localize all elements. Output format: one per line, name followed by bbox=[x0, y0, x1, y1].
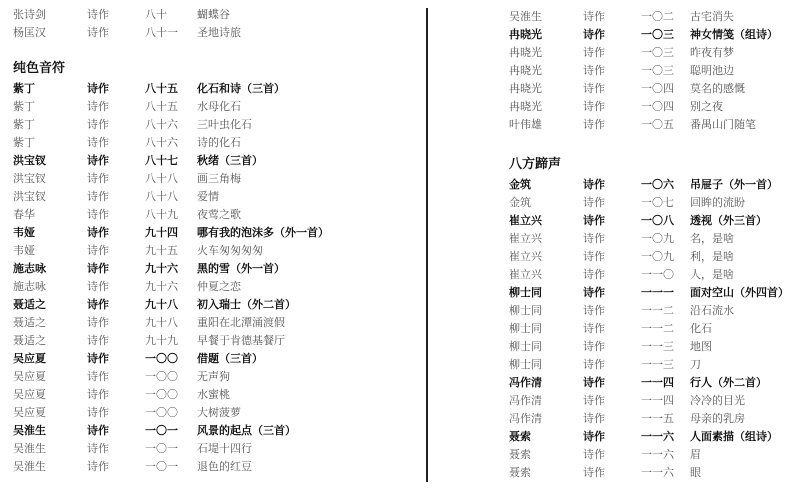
entry-page: 一〇〇 bbox=[145, 386, 178, 404]
entry-title: 沿石流水 bbox=[690, 302, 734, 320]
entry-author: 杨匡汉 bbox=[13, 24, 46, 42]
entry-author: 紫丁 bbox=[13, 116, 35, 134]
entry-title: 三叶虫化石 bbox=[197, 116, 252, 134]
entry-type: 诗作 bbox=[87, 170, 109, 188]
entry-title: 早餐于肯德基餐厅 bbox=[197, 332, 285, 350]
entry-type: 诗作 bbox=[583, 194, 605, 212]
toc-entry: 柳士同诗作一一三刀 bbox=[509, 356, 800, 374]
entry-title: 借题（三首） bbox=[197, 350, 263, 368]
entry-title: 化石和诗（三首） bbox=[197, 80, 285, 98]
entry-page: 八十八 bbox=[145, 170, 178, 188]
entry-type: 诗作 bbox=[583, 356, 605, 374]
toc-entry: 冯作清诗作一一四行人（外二首） bbox=[509, 374, 800, 392]
entry-type: 诗作 bbox=[87, 314, 109, 332]
entry-page: 九十六 bbox=[145, 260, 178, 278]
entry-type: 诗作 bbox=[583, 80, 605, 98]
entry-page: 一〇五 bbox=[641, 116, 674, 134]
entry-type: 诗作 bbox=[87, 152, 109, 170]
entry-type: 诗作 bbox=[583, 464, 605, 482]
toc-entry: 柳士同诗作一一二沿石流水 bbox=[509, 302, 800, 320]
entry-title: 蝴蝶谷 bbox=[197, 6, 230, 24]
entry-type: 诗作 bbox=[583, 62, 605, 80]
toc-entry: 冉晓光诗作一〇三神女情笺（组诗） bbox=[509, 26, 800, 44]
entry-title: 刀 bbox=[690, 356, 701, 374]
entry-type: 诗作 bbox=[583, 338, 605, 356]
spacer bbox=[13, 42, 413, 58]
entry-author: 叶伟雄 bbox=[509, 116, 542, 134]
entry-title: 无声狗 bbox=[197, 368, 230, 386]
entry-page: 八十八 bbox=[145, 188, 178, 206]
entry-type: 诗作 bbox=[583, 392, 605, 410]
entry-type: 诗作 bbox=[87, 188, 109, 206]
entry-title: 番禺山门随笔 bbox=[690, 116, 756, 134]
left-section-rows: 紫丁诗作八十五化石和诗（三首）紫丁诗作八十五水母化石紫丁诗作八十六三叶虫化石紫丁… bbox=[13, 80, 413, 476]
entry-page: 一一四 bbox=[641, 374, 674, 392]
entry-type: 诗作 bbox=[87, 24, 109, 42]
entry-type: 诗作 bbox=[583, 284, 605, 302]
toc-entry: 紫丁诗作八十六三叶虫化石 bbox=[13, 116, 413, 134]
entry-page: 九十六 bbox=[145, 278, 178, 296]
entry-author: 吴淮生 bbox=[13, 458, 46, 476]
entry-type: 诗作 bbox=[87, 278, 109, 296]
toc-entry: 聂索诗作一一六眼 bbox=[509, 464, 800, 482]
toc-entry: 紫丁诗作八十五化石和诗（三首） bbox=[13, 80, 413, 98]
entry-author: 聂适之 bbox=[13, 314, 46, 332]
entry-type: 诗作 bbox=[87, 6, 109, 24]
entry-page: 一〇〇 bbox=[145, 404, 178, 422]
entry-author: 吴应夏 bbox=[13, 386, 46, 404]
toc-entry: 聂索诗作一一六人面素描（组诗） bbox=[509, 428, 800, 446]
entry-author: 冯作清 bbox=[509, 374, 542, 392]
entry-type: 诗作 bbox=[87, 80, 109, 98]
toc-entry: 吴淮生诗作一〇一退色的红豆 bbox=[13, 458, 413, 476]
entry-page: 一一六 bbox=[641, 464, 674, 482]
entry-title: 退色的红豆 bbox=[197, 458, 252, 476]
entry-page: 八十七 bbox=[145, 152, 178, 170]
entry-author: 柳士同 bbox=[509, 356, 542, 374]
entry-author: 崔立兴 bbox=[509, 248, 542, 266]
entry-page: 一一〇 bbox=[641, 266, 674, 284]
entry-type: 诗作 bbox=[87, 116, 109, 134]
toc-entry: 冉晓光诗作一〇三聪明池边 bbox=[509, 62, 800, 80]
toc-entry: 吴淮生诗作一〇二古宅消失 bbox=[509, 8, 800, 26]
entry-author: 崔立兴 bbox=[509, 230, 542, 248]
entry-title: 人，是啥 bbox=[690, 266, 734, 284]
toc-entry: 吴应夏诗作一〇〇水蜜桃 bbox=[13, 386, 413, 404]
entry-page: 一〇三 bbox=[641, 26, 674, 44]
entry-title: 莫名的感慨 bbox=[690, 80, 745, 98]
toc-entry: 冉晓光诗作一〇四别之夜 bbox=[509, 98, 800, 116]
entry-page: 九十八 bbox=[145, 296, 178, 314]
entry-type: 诗作 bbox=[583, 98, 605, 116]
entry-page: 八十五 bbox=[145, 98, 178, 116]
toc-entry: 洪宝钗诗作八十七秋绪（三首） bbox=[13, 152, 413, 170]
entry-title: 哪有我的泡沫多（外一首） bbox=[197, 224, 329, 242]
entry-title: 大树菠萝 bbox=[197, 404, 241, 422]
entry-author: 柳士同 bbox=[509, 320, 542, 338]
toc-entry: 春华诗作八十九夜莺之歌 bbox=[13, 206, 413, 224]
toc-entry: 冉晓光诗作一〇四莫名的感慨 bbox=[509, 80, 800, 98]
left-column: 张诗剑诗作八十蝴蝶谷杨匡汉诗作八十一圣地诗旅 纯色音符 紫丁诗作八十五化石和诗（… bbox=[13, 6, 413, 476]
entry-page: 八十九 bbox=[145, 206, 178, 224]
entry-page: 一一三 bbox=[641, 338, 674, 356]
toc-entry: 韦娅诗作九十四哪有我的泡沫多（外一首） bbox=[13, 224, 413, 242]
entry-author: 紫丁 bbox=[13, 134, 35, 152]
entry-page: 八十 bbox=[145, 6, 167, 24]
toc-entry: 紫丁诗作八十五水母化石 bbox=[13, 98, 413, 116]
entry-author: 聂索 bbox=[509, 428, 531, 446]
entry-title: 冷冷的目光 bbox=[690, 392, 745, 410]
entry-page: 一〇一 bbox=[145, 440, 178, 458]
entry-author: 聂适之 bbox=[13, 332, 46, 350]
entry-title: 风景的起点（三首） bbox=[197, 422, 296, 440]
entry-page: 九十九 bbox=[145, 332, 178, 350]
entry-page: 一一五 bbox=[641, 410, 674, 428]
entry-page: 一一二 bbox=[641, 320, 674, 338]
entry-author: 冉晓光 bbox=[509, 98, 542, 116]
entry-title: 回眸的流盼 bbox=[690, 194, 745, 212]
entry-type: 诗作 bbox=[583, 410, 605, 428]
entry-type: 诗作 bbox=[87, 98, 109, 116]
entry-title: 秋绪（三首） bbox=[197, 152, 263, 170]
entry-type: 诗作 bbox=[583, 8, 605, 26]
entry-type: 诗作 bbox=[87, 134, 109, 152]
entry-page: 九十八 bbox=[145, 314, 178, 332]
entry-author: 张诗剑 bbox=[13, 6, 46, 24]
entry-author: 聂适之 bbox=[13, 296, 46, 314]
entry-page: 一〇〇 bbox=[145, 350, 178, 368]
section-title: 纯色音符 bbox=[13, 58, 413, 80]
left-top-rows: 张诗剑诗作八十蝴蝶谷杨匡汉诗作八十一圣地诗旅 bbox=[13, 6, 413, 42]
section-title: 八方蹄声 bbox=[509, 154, 800, 176]
entry-title: 母亲的乳房 bbox=[690, 410, 745, 428]
toc-entry: 金筑诗作一〇七回眸的流盼 bbox=[509, 194, 800, 212]
entry-type: 诗作 bbox=[87, 368, 109, 386]
entry-author: 冉晓光 bbox=[509, 26, 542, 44]
entry-author: 吴淮生 bbox=[509, 8, 542, 26]
entry-page: 一〇六 bbox=[641, 176, 674, 194]
entry-type: 诗作 bbox=[87, 422, 109, 440]
toc-entry: 吴淮生诗作一〇一风景的起点（三首） bbox=[13, 422, 413, 440]
right-section-rows: 金筑诗作一〇六吊屉子（外一首）金筑诗作一〇七回眸的流盼崔立兴诗作一〇八透视（外三… bbox=[509, 176, 800, 482]
entry-type: 诗作 bbox=[87, 206, 109, 224]
toc-entry: 杨匡汉诗作八十一圣地诗旅 bbox=[13, 24, 413, 42]
entry-type: 诗作 bbox=[87, 260, 109, 278]
entry-author: 崔立兴 bbox=[509, 212, 542, 230]
entry-type: 诗作 bbox=[87, 350, 109, 368]
entry-author: 施志咏 bbox=[13, 260, 46, 278]
entry-title: 人面素描（组诗） bbox=[690, 428, 778, 446]
toc-entry: 金筑诗作一〇六吊屉子（外一首） bbox=[509, 176, 800, 194]
entry-author: 冉晓光 bbox=[509, 80, 542, 98]
column-divider bbox=[426, 8, 428, 482]
entry-title: 重阳在北潭涌渡假 bbox=[197, 314, 285, 332]
toc-entry: 聂适之诗作九十八重阳在北潭涌渡假 bbox=[13, 314, 413, 332]
entry-title: 画三角梅 bbox=[197, 170, 241, 188]
entry-title: 眉 bbox=[690, 446, 701, 464]
entry-type: 诗作 bbox=[583, 116, 605, 134]
entry-type: 诗作 bbox=[583, 428, 605, 446]
entry-page: 一〇三 bbox=[641, 62, 674, 80]
entry-type: 诗作 bbox=[583, 320, 605, 338]
entry-title: 神女情笺（组诗） bbox=[690, 26, 778, 44]
entry-author: 冯作清 bbox=[509, 392, 542, 410]
entry-type: 诗作 bbox=[87, 296, 109, 314]
entry-type: 诗作 bbox=[87, 332, 109, 350]
entry-author: 春华 bbox=[13, 206, 35, 224]
entry-page: 一一一 bbox=[641, 284, 674, 302]
entry-author: 金筑 bbox=[509, 176, 531, 194]
entry-page: 八十六 bbox=[145, 134, 178, 152]
entry-type: 诗作 bbox=[583, 230, 605, 248]
toc-entry: 冉晓光诗作一〇三昨夜有梦 bbox=[509, 44, 800, 62]
toc-entry: 崔立兴诗作一〇九利，是啥 bbox=[509, 248, 800, 266]
spacer bbox=[509, 134, 800, 154]
entry-title: 利，是啥 bbox=[690, 248, 734, 266]
entry-page: 一一四 bbox=[641, 392, 674, 410]
entry-author: 吴应夏 bbox=[13, 368, 46, 386]
entry-title: 黑的雪（外一首） bbox=[197, 260, 285, 278]
entry-type: 诗作 bbox=[87, 224, 109, 242]
entry-author: 聂索 bbox=[509, 464, 531, 482]
entry-type: 诗作 bbox=[583, 44, 605, 62]
entry-title: 眼 bbox=[690, 464, 701, 482]
entry-author: 洪宝钗 bbox=[13, 188, 46, 206]
entry-title: 水母化石 bbox=[197, 98, 241, 116]
entry-type: 诗作 bbox=[583, 446, 605, 464]
entry-page: 一〇四 bbox=[641, 80, 674, 98]
entry-author: 施志咏 bbox=[13, 278, 46, 296]
entry-page: 九十五 bbox=[145, 242, 178, 260]
entry-author: 金筑 bbox=[509, 194, 531, 212]
entry-author: 吴应夏 bbox=[13, 404, 46, 422]
toc-entry: 吴应夏诗作一〇〇无声狗 bbox=[13, 368, 413, 386]
entry-type: 诗作 bbox=[87, 458, 109, 476]
toc-entry: 冯作清诗作一一五母亲的乳房 bbox=[509, 410, 800, 428]
entry-page: 八十五 bbox=[145, 80, 178, 98]
entry-page: 九十四 bbox=[145, 224, 178, 242]
entry-author: 洪宝钗 bbox=[13, 152, 46, 170]
entry-type: 诗作 bbox=[583, 248, 605, 266]
entry-page: 八十六 bbox=[145, 116, 178, 134]
entry-author: 冉晓光 bbox=[509, 62, 542, 80]
entry-title: 面对空山（外四首） bbox=[690, 284, 789, 302]
entry-page: 一〇七 bbox=[641, 194, 674, 212]
right-column: 吴淮生诗作一〇二古宅消失冉晓光诗作一〇三神女情笺（组诗）冉晓光诗作一〇三昨夜有梦… bbox=[509, 8, 800, 482]
entry-page: 一〇〇 bbox=[145, 368, 178, 386]
toc-entry: 洪宝钗诗作八十八爱情 bbox=[13, 188, 413, 206]
entry-author: 紫丁 bbox=[13, 80, 35, 98]
entry-title: 石堤十四行 bbox=[197, 440, 252, 458]
entry-page: 一一六 bbox=[641, 446, 674, 464]
entry-type: 诗作 bbox=[583, 302, 605, 320]
entry-page: 一〇九 bbox=[641, 230, 674, 248]
toc-entry: 施志咏诗作九十六仲夏之恋 bbox=[13, 278, 413, 296]
entry-type: 诗作 bbox=[583, 26, 605, 44]
toc-entry: 吴淮生诗作一〇一石堤十四行 bbox=[13, 440, 413, 458]
entry-page: 一〇一 bbox=[145, 422, 178, 440]
entry-type: 诗作 bbox=[87, 242, 109, 260]
entry-page: 一〇二 bbox=[641, 8, 674, 26]
entry-author: 柳士同 bbox=[509, 338, 542, 356]
entry-type: 诗作 bbox=[87, 386, 109, 404]
entry-author: 吴淮生 bbox=[13, 422, 46, 440]
toc-entry: 柳士同诗作一一三地图 bbox=[509, 338, 800, 356]
toc-entry: 紫丁诗作八十六诗的化石 bbox=[13, 134, 413, 152]
entry-title: 昨夜有梦 bbox=[690, 44, 734, 62]
entry-author: 冉晓光 bbox=[509, 44, 542, 62]
entry-page: 一〇九 bbox=[641, 248, 674, 266]
entry-page: 一〇一 bbox=[145, 458, 178, 476]
entry-page: 一一二 bbox=[641, 302, 674, 320]
entry-title: 仲夏之恋 bbox=[197, 278, 241, 296]
entry-type: 诗作 bbox=[583, 266, 605, 284]
toc-entry: 聂适之诗作九十九早餐于肯德基餐厅 bbox=[13, 332, 413, 350]
entry-title: 吊屉子（外一首） bbox=[690, 176, 778, 194]
entry-page: 一〇三 bbox=[641, 44, 674, 62]
toc-entry: 洪宝钗诗作八十八画三角梅 bbox=[13, 170, 413, 188]
toc-entry: 崔立兴诗作一〇八透视（外三首） bbox=[509, 212, 800, 230]
entry-author: 崔立兴 bbox=[509, 266, 542, 284]
entry-page: 一一三 bbox=[641, 356, 674, 374]
toc-entry: 聂适之诗作九十八初入瑞士（外二首） bbox=[13, 296, 413, 314]
entry-author: 紫丁 bbox=[13, 98, 35, 116]
entry-page: 一〇八 bbox=[641, 212, 674, 230]
entry-author: 韦娅 bbox=[13, 242, 35, 260]
entry-author: 韦娅 bbox=[13, 224, 35, 242]
toc-entry: 吴应夏诗作一〇〇借题（三首） bbox=[13, 350, 413, 368]
right-top-rows: 吴淮生诗作一〇二古宅消失冉晓光诗作一〇三神女情笺（组诗）冉晓光诗作一〇三昨夜有梦… bbox=[509, 8, 800, 134]
toc-entry: 柳士同诗作一一二化石 bbox=[509, 320, 800, 338]
entry-author: 吴应夏 bbox=[13, 350, 46, 368]
entry-author: 柳士同 bbox=[509, 302, 542, 320]
entry-author: 聂索 bbox=[509, 446, 531, 464]
toc-entry: 施志咏诗作九十六黑的雪（外一首） bbox=[13, 260, 413, 278]
toc-entry: 叶伟雄诗作一〇五番禺山门随笔 bbox=[509, 116, 800, 134]
entry-author: 冯作清 bbox=[509, 410, 542, 428]
entry-type: 诗作 bbox=[583, 374, 605, 392]
entry-title: 初入瑞士（外二首） bbox=[197, 296, 296, 314]
entry-title: 圣地诗旅 bbox=[197, 24, 241, 42]
entry-type: 诗作 bbox=[583, 176, 605, 194]
entry-page: 一一六 bbox=[641, 428, 674, 446]
entry-title: 名，是啥 bbox=[690, 230, 734, 248]
toc-entry: 冯作清诗作一一四冷冷的目光 bbox=[509, 392, 800, 410]
toc-entry: 崔立兴诗作一一〇人，是啥 bbox=[509, 266, 800, 284]
entry-title: 透视（外三首） bbox=[690, 212, 767, 230]
entry-title: 化石 bbox=[690, 320, 712, 338]
entry-author: 吴淮生 bbox=[13, 440, 46, 458]
entry-page: 八十一 bbox=[145, 24, 178, 42]
entry-type: 诗作 bbox=[87, 440, 109, 458]
entry-title: 爱情 bbox=[197, 188, 219, 206]
toc-entry: 聂索诗作一一六眉 bbox=[509, 446, 800, 464]
entry-type: 诗作 bbox=[583, 212, 605, 230]
entry-title: 地图 bbox=[690, 338, 712, 356]
toc-entry: 张诗剑诗作八十蝴蝶谷 bbox=[13, 6, 413, 24]
toc-entry: 崔立兴诗作一〇九名，是啥 bbox=[509, 230, 800, 248]
entry-author: 柳士同 bbox=[509, 284, 542, 302]
entry-page: 一〇四 bbox=[641, 98, 674, 116]
entry-title: 诗的化石 bbox=[197, 134, 241, 152]
entry-title: 聪明池边 bbox=[690, 62, 734, 80]
entry-author: 洪宝钗 bbox=[13, 170, 46, 188]
toc-entry: 韦娅诗作九十五火车匆匆匆匆 bbox=[13, 242, 413, 260]
entry-title: 水蜜桃 bbox=[197, 386, 230, 404]
entry-title: 夜莺之歌 bbox=[197, 206, 241, 224]
entry-title: 古宅消失 bbox=[690, 8, 734, 26]
toc-entry: 吴应夏诗作一〇〇大树菠萝 bbox=[13, 404, 413, 422]
entry-type: 诗作 bbox=[87, 404, 109, 422]
entry-title: 别之夜 bbox=[690, 98, 723, 116]
entry-title: 行人（外二首） bbox=[690, 374, 767, 392]
toc-entry: 柳士同诗作一一一面对空山（外四首） bbox=[509, 284, 800, 302]
entry-title: 火车匆匆匆匆 bbox=[197, 242, 263, 260]
